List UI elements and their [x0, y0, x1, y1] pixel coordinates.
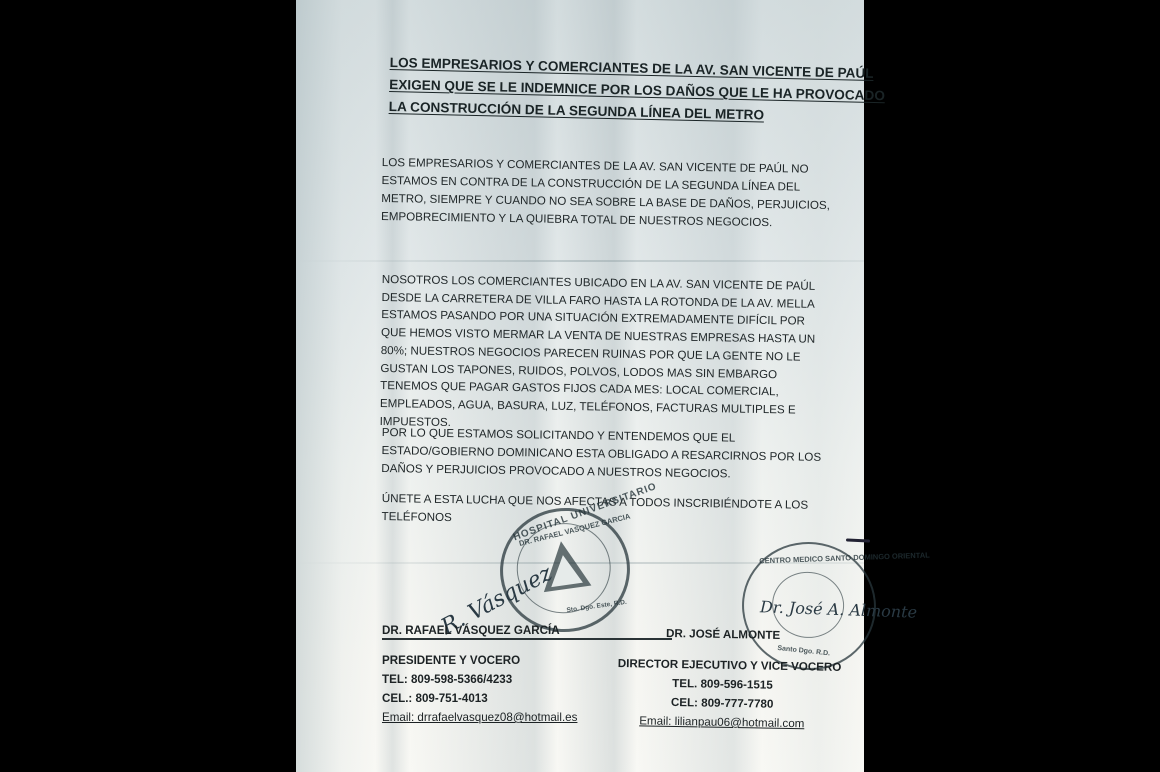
paper-fold — [296, 260, 864, 262]
signatory-info-right: DIRECTOR EJECUTIVO Y VICE VOCERO TEL. 80… — [617, 654, 828, 734]
stamp-bottom-text: Santo Dgo. R.D. — [777, 645, 830, 657]
signer-email: Email: drrafaelvasquez08@hotmail.es — [382, 708, 577, 727]
signer-cel: CEL.: 809-751-4013 — [382, 689, 577, 708]
paragraph-position: LOS EMPRESARIOS Y COMERCIANTES DE LA AV.… — [381, 154, 832, 233]
signer-tel: TEL: 809-598-5366/4233 — [382, 670, 577, 689]
signer-email: Email: lilianpau06@hotmail.com — [617, 711, 827, 734]
ink-mark — [846, 538, 870, 542]
signatory-info-left: PRESIDENTE Y VOCERO TEL: 809-598-5366/42… — [382, 651, 577, 727]
paragraph-request: POR LO QUE ESTAMOS SOLICITANDO Y ENTENDE… — [381, 424, 832, 485]
signer-name-right: DR. JOSÉ ALMONTE — [666, 627, 780, 642]
signer-role: PRESIDENTE Y VOCERO — [382, 651, 577, 670]
document-paper: LOS EMPRESARIOS Y COMERCIANTES DE LA AV.… — [296, 0, 864, 772]
signature-line — [382, 638, 672, 640]
signer-name-left: DR. RAFAEL VÁSQUEZ GARCÍA — [382, 624, 560, 637]
signer-role: DIRECTOR EJECUTIVO Y VICE VOCERO — [618, 654, 828, 677]
stamp-outer-text: CENTRO MEDICO SANTO DOMINGO ORIENTAL — [759, 550, 930, 565]
paragraph-situation: NOSOTROS LOS COMERCIANTES UBICADO EN LA … — [379, 271, 831, 437]
document-title: LOS EMPRESARIOS Y COMERCIANTES DE LA AV.… — [389, 52, 840, 128]
